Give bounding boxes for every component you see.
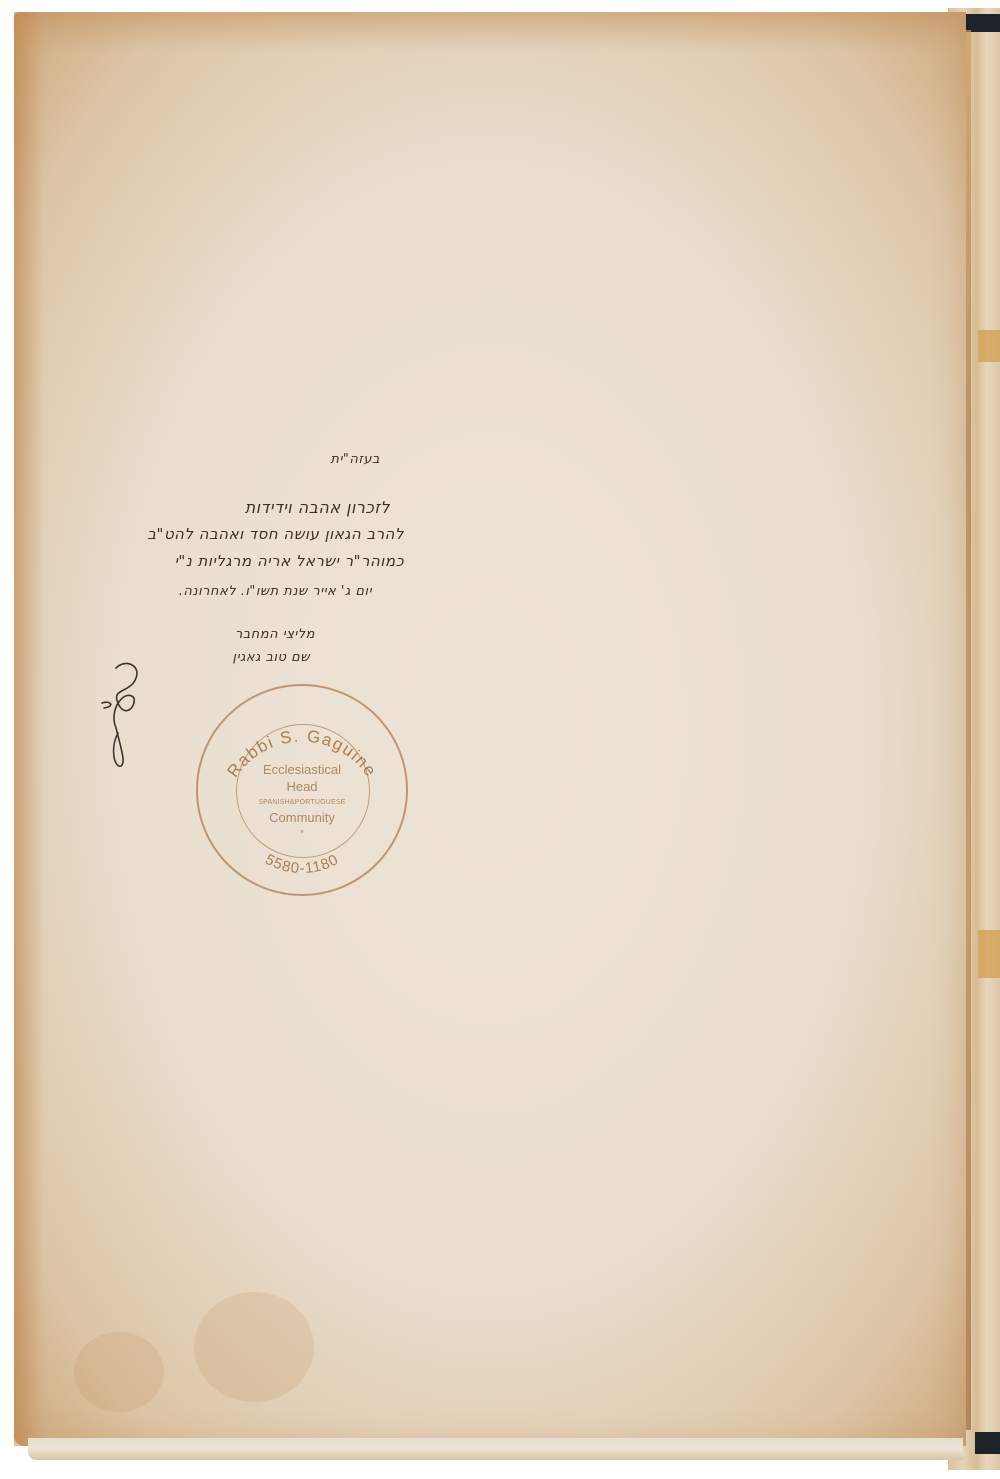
page-bottom-edge xyxy=(28,1438,963,1460)
stamp-year-text: 5580-1180 xyxy=(262,851,342,877)
signature-name: שם טוב גאגין xyxy=(233,650,310,665)
dedication-heading: בעזה"ית xyxy=(330,452,380,467)
flyleaf-page xyxy=(14,12,966,1446)
stamp-line: Ecclesiastical xyxy=(196,762,408,777)
dedication-signoff: מליצי המחבר xyxy=(235,627,315,642)
svg-text:5580-1180: 5580-1180 xyxy=(262,851,342,877)
ink-stamp: Rabbi S. Gaguine 5580-1180 Ecclesiastica… xyxy=(196,684,408,896)
stamp-line: Community xyxy=(196,810,408,825)
dedication-date-line: יום ג' אייר שנת תשו"ו. לאחרונה. xyxy=(179,584,372,599)
dedication-line: להרב הגאון עושה חסד ואהבה להט"ב xyxy=(147,525,404,543)
repair-tape-lower xyxy=(978,930,1000,978)
stamp-star-icon: * xyxy=(196,828,408,838)
stamp-line: Head xyxy=(196,779,408,794)
signature-flourish-icon xyxy=(96,648,156,768)
foxing-stain xyxy=(74,1332,164,1412)
stamp-line: SPANISH&PORTUGUESE xyxy=(196,799,408,806)
binding-cover-bottom xyxy=(975,1432,1000,1454)
repair-tape-upper xyxy=(978,330,1000,362)
foxing-stain xyxy=(194,1292,314,1402)
dedication-line: לזכרון אהבה וידידות xyxy=(245,498,390,517)
dedication-line: כמוהר"ר ישראל אריה מרגליות נ"י xyxy=(175,552,404,570)
